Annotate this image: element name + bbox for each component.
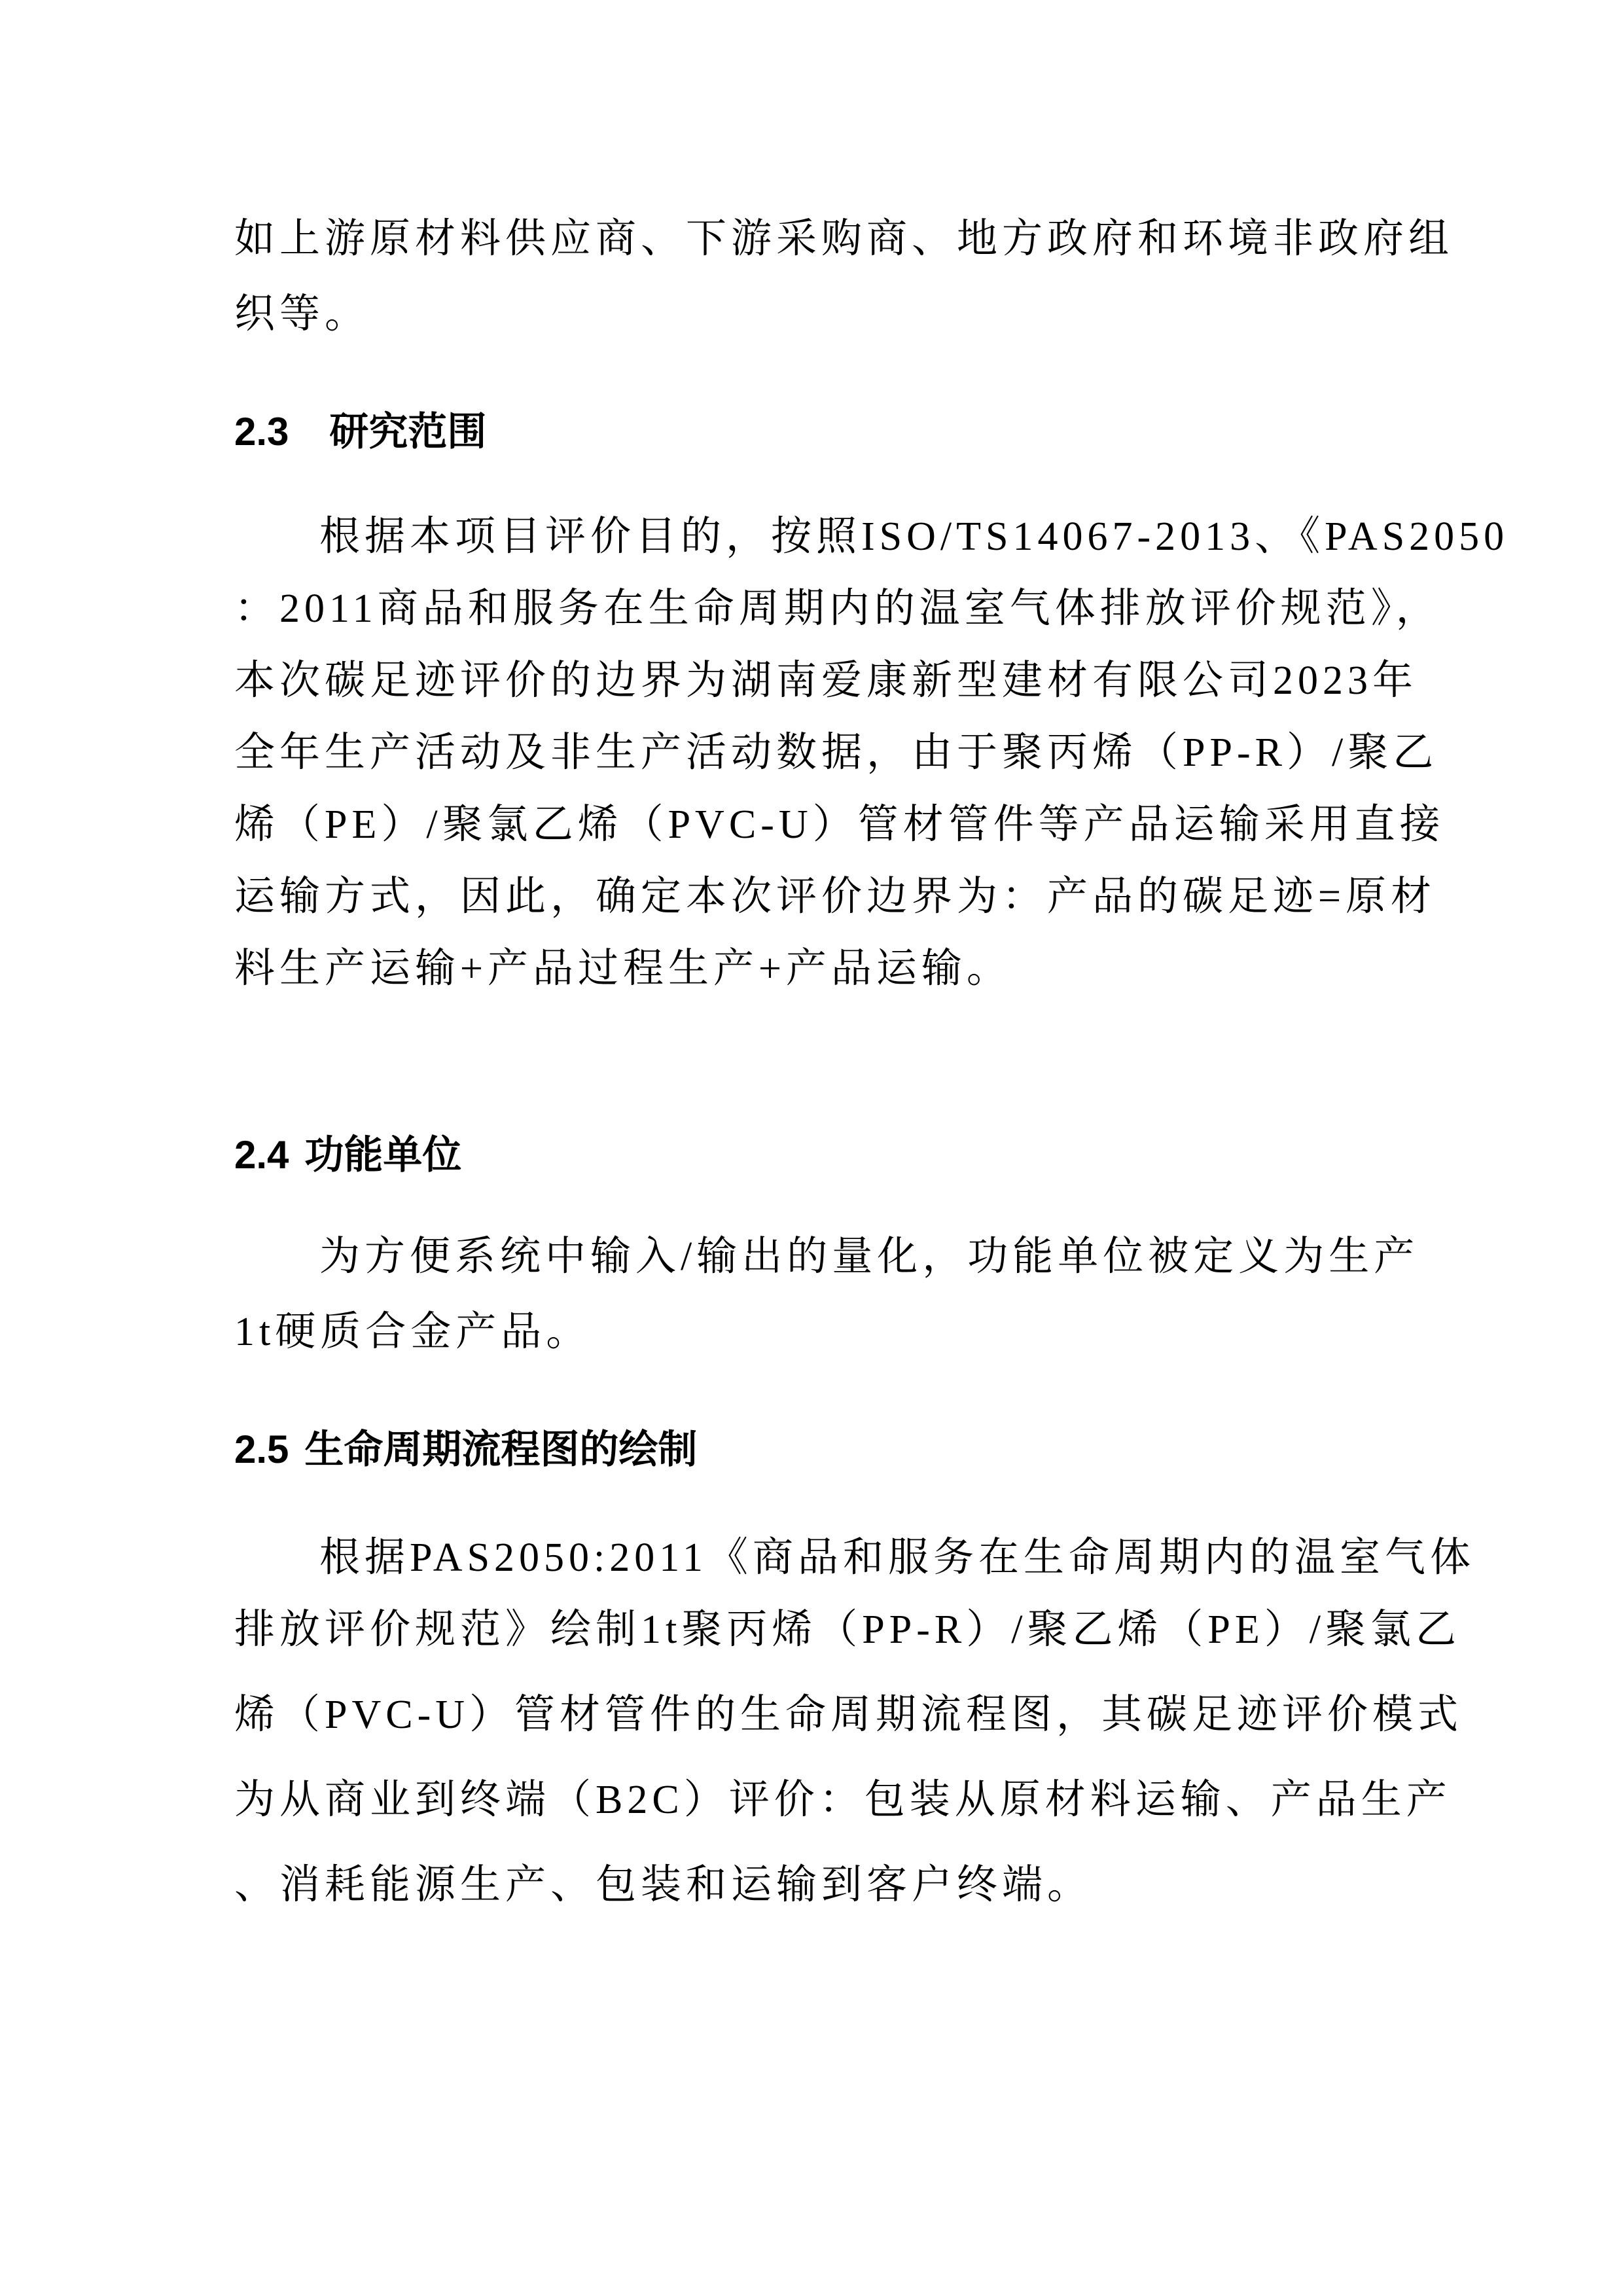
section-heading-2-5: 2.5生命周期流程图的绘制	[234, 1424, 697, 1476]
paragraph-line: 烯（PVC-U）管材管件的生命周期流程图，其碳足迹评价模式	[234, 1689, 1463, 1741]
paragraph-line: 排放评价规范》绘制1t聚丙烯（PP-R）/聚乙烯（PE）/聚氯乙	[234, 1604, 1461, 1656]
paragraph-line: 为方便系统中输入/输出的量化，功能单位被定义为生产	[319, 1230, 1419, 1283]
section-number: 2.4	[234, 1129, 289, 1181]
paragraph-line: 织等。	[234, 288, 370, 340]
paragraph-line: 料生产运输+产品过程生产+产品运输。	[234, 942, 1012, 995]
paragraph-line: 1t硬质合金产品。	[234, 1306, 591, 1358]
section-title: 生命周期流程图的绘制	[304, 1427, 697, 1471]
paragraph-line: 根据本项目评价目的，按照ISO/TS14067-2013、《PAS2050	[319, 511, 1508, 563]
section-heading-2-4: 2.4功能单位	[234, 1129, 461, 1181]
paragraph-line: 如上游原材料供应商、下游采购商、地方政府和环境非政府组	[234, 213, 1454, 265]
paragraph-line: ：2011商品和服务在生命周期内的温室气体排放评价规范》，	[234, 583, 1441, 635]
section-heading-2-3: 2.3研究范围	[234, 406, 486, 458]
paragraph-line: 根据PAS2050:2011《商品和服务在生命周期内的温室气体	[319, 1532, 1475, 1584]
section-number: 2.5	[234, 1424, 289, 1476]
section-title: 研究范围	[329, 410, 486, 454]
paragraph-line: 烯（PE）/聚氯乙烯（PVC-U）管材管件等产品运输采用直接	[234, 798, 1445, 851]
paragraph-line: 全年生产活动及非生产活动数据，由于聚丙烯（PP-R）/聚乙	[234, 726, 1438, 779]
paragraph-line: 为从商业到终端（B2C）评价：包装从原材料运输、产品生产	[234, 1774, 1452, 1826]
paragraph-line: 、消耗能源生产、包装和运输到客户终端。	[234, 1859, 1092, 1911]
section-title: 功能单位	[304, 1133, 461, 1177]
section-number: 2.3	[234, 406, 289, 458]
paragraph-line: 运输方式，因此，确定本次评价边界为：产品的碳足迹=原材	[234, 870, 1436, 923]
paragraph-line: 本次碳足迹评价的边界为湖南爱康新型建材有限公司2023年	[234, 655, 1418, 707]
